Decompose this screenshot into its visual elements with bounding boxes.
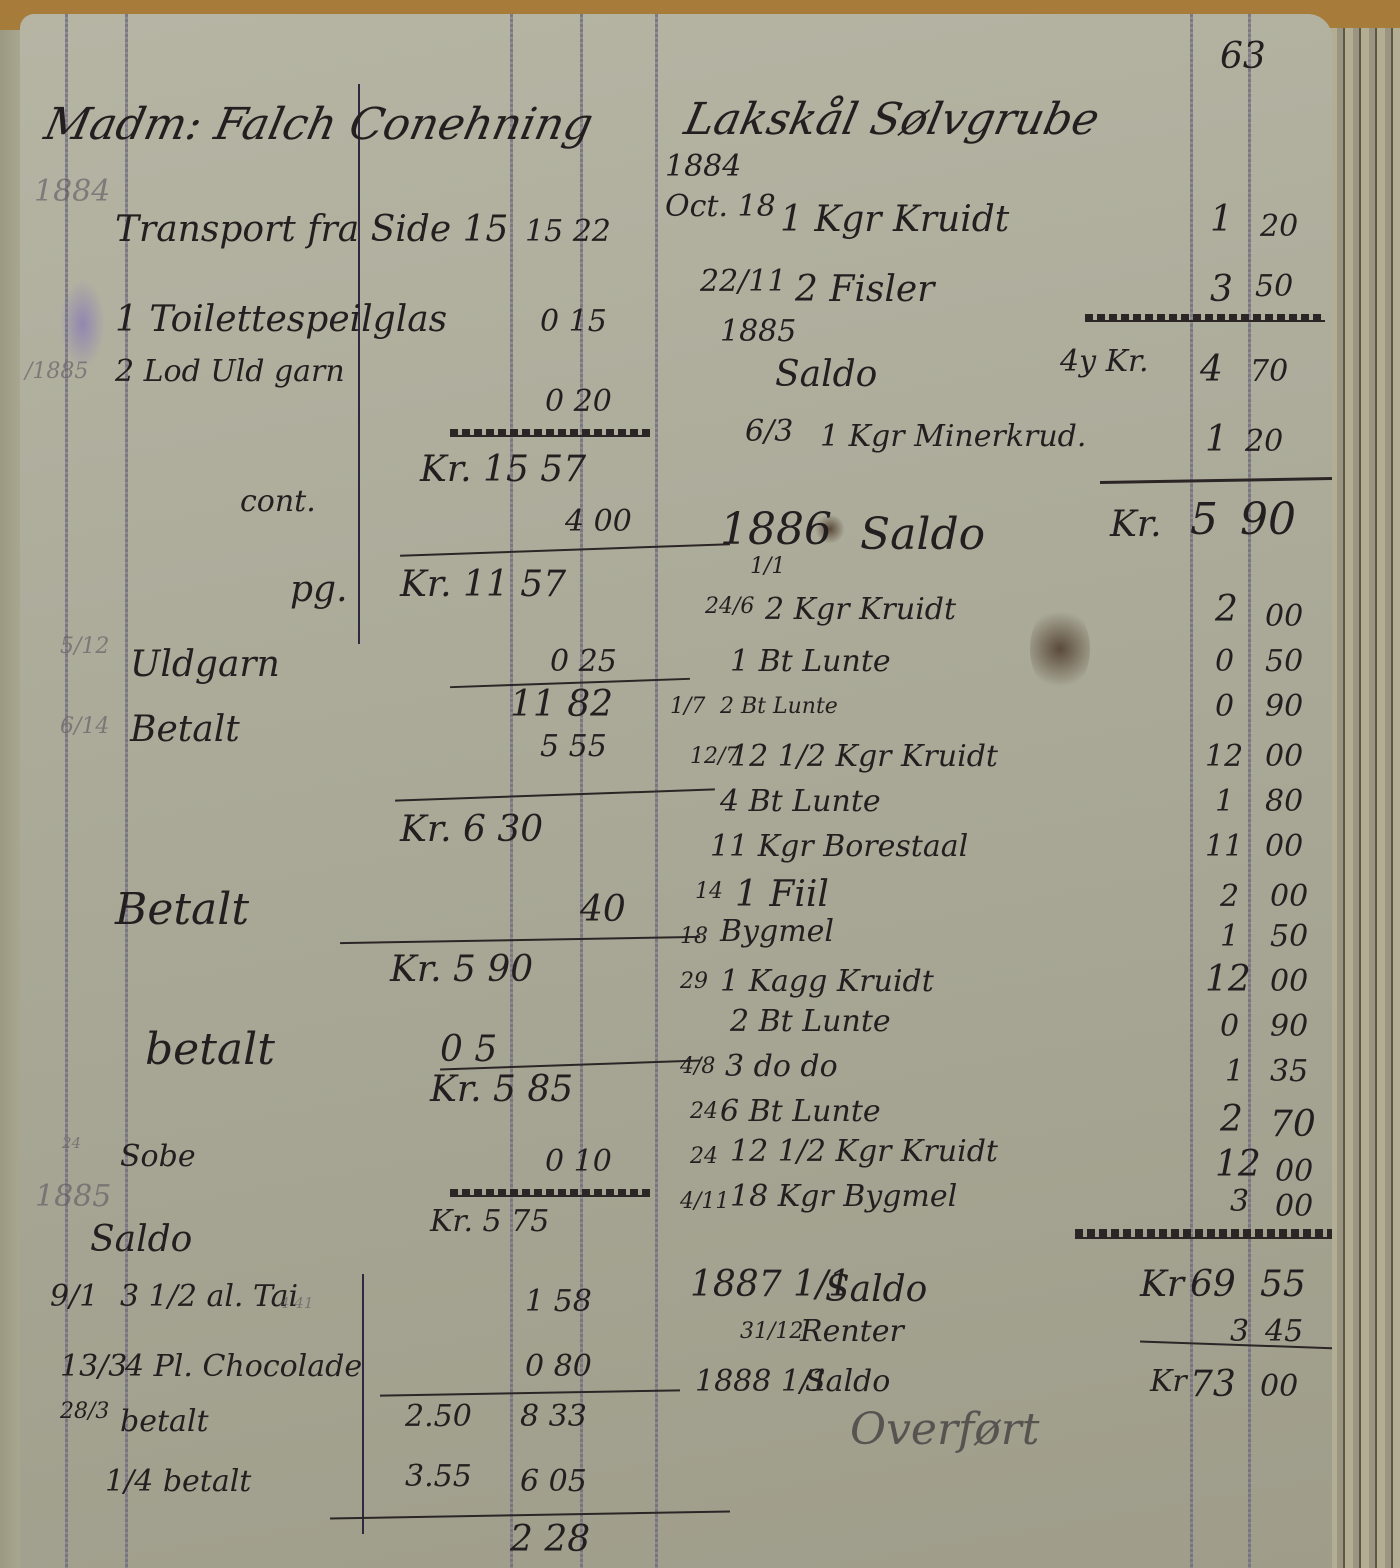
right-entry-kr: 73 xyxy=(1190,1364,1236,1405)
right-entry-text: 2 Bt Lunte xyxy=(730,1004,891,1039)
right-entry-text: 3 do do xyxy=(725,1049,838,1084)
kr-column-rule xyxy=(1190,14,1193,1568)
right-entry-text: Renter xyxy=(800,1314,904,1349)
page-number: 63 xyxy=(1220,36,1266,77)
right-entry-ore: 00 xyxy=(1265,599,1303,634)
right-entry-ore: 00 xyxy=(1270,879,1308,914)
balance-line xyxy=(1085,314,1325,322)
left-entry-text: 4 Pl. Chocolade xyxy=(125,1349,362,1384)
right-entry-date: 24/6 xyxy=(705,594,754,619)
right-entry-ore: 20 xyxy=(1245,424,1283,459)
left-subtotal: Kr. 15 57 xyxy=(420,449,586,490)
left-entry-text: betalt xyxy=(120,1404,209,1439)
amount-column-rule xyxy=(510,14,513,1568)
left-entry-date: 5/12 xyxy=(60,634,109,659)
right-year: 1884 xyxy=(665,149,741,184)
left-entry-text: Betalt xyxy=(130,709,240,750)
ledger-photo: 63 Madm: Falch Conehning 1884 Transport … xyxy=(0,0,1400,1568)
subtotal-line xyxy=(400,543,730,557)
left-entry-text: Uldgarn xyxy=(130,644,280,685)
right-entry-kr: 2 xyxy=(1220,879,1239,914)
left-entry-text: Transport fra Side 15 xyxy=(115,209,508,250)
right-entry-kr: 1 xyxy=(1225,1054,1244,1089)
right-entry-date: 29 xyxy=(680,969,708,994)
left-entry-text: 2 Lod Uld garn xyxy=(115,354,345,389)
right-entry-kr: 11 xyxy=(1205,829,1243,864)
right-entry-text: 11 Kgr Borestaal xyxy=(710,829,968,864)
right-entry-kr: 69 xyxy=(1190,1264,1236,1305)
left-entry-amount: 4 00 xyxy=(565,504,632,539)
right-entry-text: 18 Kgr Bygmel xyxy=(730,1179,957,1214)
ink-divider-top xyxy=(358,84,360,644)
right-entry-kr: 0 xyxy=(1220,1009,1239,1044)
right-entry-kr: 3 xyxy=(1230,1184,1249,1219)
right-entry-ore: 80 xyxy=(1265,784,1303,819)
balance-line xyxy=(1075,1229,1332,1239)
right-entry-text: 4 Bt Lunte xyxy=(720,784,881,819)
right-entry-ore: 00 xyxy=(1270,964,1308,999)
right-entry-kr: 0 xyxy=(1215,644,1234,679)
left-entry-date: 13/3 xyxy=(60,1349,127,1384)
right-entry-date: 24 xyxy=(690,1144,718,1169)
right-entry-ore: 50 xyxy=(1270,919,1308,954)
left-entry-amount: 0 25 xyxy=(550,644,617,679)
left-account-header: Madm: Falch Conehning xyxy=(40,99,597,150)
right-entry-text: 1 Bt Lunte xyxy=(730,644,891,679)
left-entry-amount: 0 80 xyxy=(525,1349,592,1384)
left-entry-date: /1885 xyxy=(25,359,88,384)
right-entry-date: 4/8 xyxy=(680,1054,715,1079)
subtotal-line xyxy=(450,429,650,437)
right-entry-ore: 00 xyxy=(1275,1154,1313,1189)
left-entry-amount: 5 55 xyxy=(540,729,607,764)
left-entry-text: 1/4 betalt xyxy=(105,1464,251,1499)
left-entry-amount: 15 22 xyxy=(525,214,611,249)
right-entry-ore: 50 xyxy=(1265,644,1303,679)
ledger-page: 63 Madm: Falch Conehning 1884 Transport … xyxy=(20,14,1332,1568)
right-entry-text: Saldo xyxy=(825,1269,927,1310)
left-subtotal: 11 82 xyxy=(510,684,613,725)
right-entry-ore: 50 xyxy=(1255,269,1293,304)
ink-stain xyxy=(1030,604,1090,694)
right-entry-note: Kr xyxy=(1150,1364,1187,1399)
right-entry-date: 31/12 xyxy=(740,1319,803,1344)
left-entry-text: pg. xyxy=(290,569,348,610)
left-subtotal: Kr. 6 30 xyxy=(400,809,543,850)
subtotal-line xyxy=(450,1189,650,1197)
right-entry-kr: 1 xyxy=(1220,919,1239,954)
balance-line xyxy=(1100,477,1332,484)
left-entry-text: Sobe xyxy=(120,1139,196,1174)
left-entry-text: betalt xyxy=(145,1024,275,1075)
right-entry-date: 6/3 xyxy=(745,414,793,449)
right-entry-ore: 70 xyxy=(1270,1104,1316,1145)
left-entry-amount: 0 15 xyxy=(540,304,607,339)
right-entry-text: 1 Fiil xyxy=(735,874,829,915)
right-entry-ore: 90 xyxy=(1240,494,1296,545)
right-entry-text: 12 1/2 Kgr Kruidt xyxy=(730,739,998,774)
left-subtotal: Kr. 5 85 xyxy=(430,1069,573,1110)
right-entry-text: 12 1/2 Kgr Kruidt xyxy=(730,1134,998,1169)
left-total: 2 28 xyxy=(510,1519,590,1560)
right-entry-ore: 90 xyxy=(1270,1009,1308,1044)
left-entry-paid: 3.55 xyxy=(405,1459,472,1494)
right-entry-note: 4y Kr. xyxy=(1060,344,1149,379)
right-entry-text: 2 Kgr Kruidt xyxy=(765,592,956,627)
right-entry-date: 24 xyxy=(690,1099,718,1124)
right-entry-text: 2 Bt Lunte xyxy=(720,694,838,719)
right-entry-ore: 00 xyxy=(1260,1369,1298,1404)
right-entry-date: Oct. 18 xyxy=(665,189,776,224)
right-entry-ore: 55 xyxy=(1260,1264,1306,1305)
left-entry-date: 9/1 xyxy=(50,1279,98,1314)
left-subtotal: Kr. 11 57 xyxy=(400,564,566,605)
left-entry-amount: 0 10 xyxy=(545,1144,612,1179)
right-entry-kr: 1 xyxy=(1215,784,1234,819)
right-entry-ore: 70 xyxy=(1250,354,1288,389)
left-entry-text: 3 1/2 al. Tai xyxy=(120,1279,298,1314)
left-entry-text: Betalt xyxy=(115,884,249,935)
right-entry-note: Kr xyxy=(1140,1264,1184,1305)
right-entry-text: 1 Kagg Kruidt xyxy=(720,964,934,999)
right-entry-kr: 0 xyxy=(1215,689,1234,724)
right-entry-kr: 2 xyxy=(1215,589,1238,630)
right-entry-text: Saldo xyxy=(805,1364,890,1399)
left-entry-text: Saldo xyxy=(90,1219,192,1260)
left-subtotal: Kr. 5 75 xyxy=(430,1204,549,1239)
ink-blot xyxy=(60,279,105,369)
right-entry-ore: 00 xyxy=(1275,1189,1313,1224)
right-entry-date: 1/1 xyxy=(750,554,785,579)
right-entry-kr: 12 xyxy=(1205,959,1251,1000)
right-entry-kr: 1 xyxy=(1210,199,1233,240)
right-entry-kr: 12 xyxy=(1205,739,1243,774)
left-entry-amount: 40 xyxy=(580,889,626,930)
left-entry-amount: 8 33 xyxy=(520,1399,587,1434)
ink-divider-bottom xyxy=(362,1274,364,1534)
subtotal-line xyxy=(340,936,700,944)
right-entry-date: 18 xyxy=(680,924,708,949)
right-entry-ore: 00 xyxy=(1265,739,1303,774)
right-entry-ore: 00 xyxy=(1265,829,1303,864)
right-entry-text: 2 Fisler xyxy=(795,269,934,310)
right-entry-kr: 1 xyxy=(1205,419,1228,460)
left-entry-amount: 0 20 xyxy=(545,384,612,419)
left-year: 1884 xyxy=(34,174,110,209)
left-entry-amount: 1 58 xyxy=(525,1284,592,1319)
right-entry-text: 6 Bt Lunte xyxy=(720,1094,881,1129)
transferred-note: Overført xyxy=(850,1404,1040,1455)
right-entry-text: Bygmel xyxy=(720,914,834,949)
right-account-header: Lakskål Sølvgrube xyxy=(680,94,1104,145)
left-entry-date: 6/14 xyxy=(60,714,109,739)
left-entry-text: 1 Toilettespeilglas xyxy=(115,299,447,340)
right-entry-date: 1886 xyxy=(720,504,832,555)
right-entry-date: 4/11 xyxy=(680,1189,729,1214)
left-entry-note: 4 41 xyxy=(280,1294,313,1312)
right-entry-kr: 4 xyxy=(1200,349,1223,390)
right-entry-date: 1885 xyxy=(720,314,796,349)
right-entry-note: Kr. xyxy=(1110,504,1162,545)
right-entry-ore: 35 xyxy=(1270,1054,1308,1089)
right-entry-ore: 90 xyxy=(1265,689,1303,724)
right-entry-text: Saldo xyxy=(860,509,985,560)
left-entry-date: 24 xyxy=(62,1134,81,1152)
left-entry-paid: 2.50 xyxy=(405,1399,472,1434)
left-entry-amount: 0 5 xyxy=(440,1029,497,1070)
subtotal-line xyxy=(395,788,715,801)
right-entry-kr: 2 xyxy=(1220,1099,1243,1140)
right-entry-date: 14 xyxy=(695,879,723,904)
right-entry-text: Saldo xyxy=(775,354,877,395)
left-subtotal: Kr. 5 90 xyxy=(390,949,533,990)
right-entry-kr: 3 xyxy=(1210,269,1233,310)
left-entry-date: 1885 xyxy=(35,1179,111,1214)
right-entry-kr: 12 xyxy=(1215,1144,1261,1185)
left-entry-amount: 6 05 xyxy=(520,1464,587,1499)
subtotal-line xyxy=(380,1389,680,1396)
right-entry-ore: 20 xyxy=(1260,209,1298,244)
right-entry-date: 1/7 xyxy=(670,694,705,719)
left-entry-date: 28/3 xyxy=(60,1399,109,1424)
right-entry-text: 1 Kgr Minerkrud. xyxy=(820,419,1086,454)
left-entry-text: cont. xyxy=(240,484,316,519)
right-entry-date: 22/11 xyxy=(700,264,786,299)
right-entry-ore: 45 xyxy=(1265,1314,1303,1349)
right-entry-kr: 5 xyxy=(1190,494,1218,545)
margin-rule xyxy=(65,14,68,1568)
right-entry-text: 1 Kgr Kruidt xyxy=(780,199,1009,240)
